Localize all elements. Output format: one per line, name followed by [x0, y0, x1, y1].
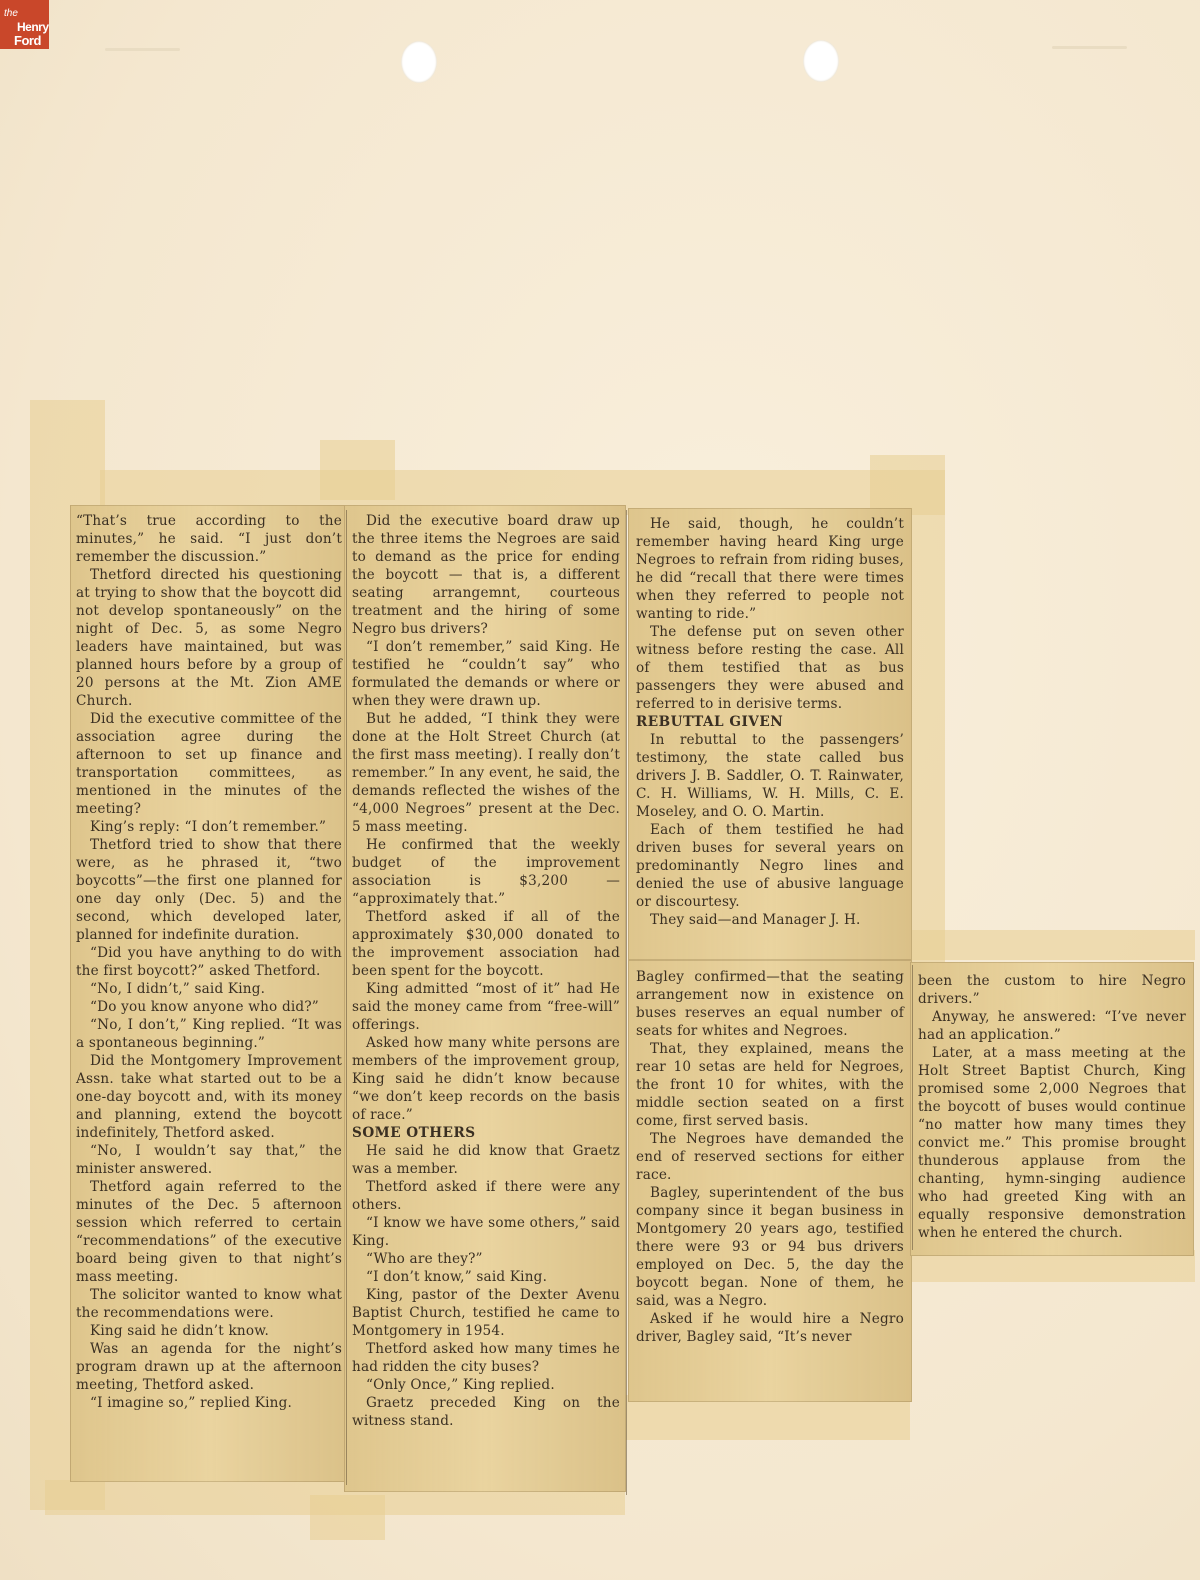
logo-text-henry: Henry	[17, 21, 49, 33]
paragraph: Thetford tried to show that there were, …	[76, 836, 342, 944]
paragraph: Asked if he would hire a Negro driver, B…	[636, 1310, 904, 1346]
logo-text-ford: Ford	[14, 34, 41, 47]
paragraph: Later, at a mass meeting at the Holt Str…	[918, 1044, 1186, 1242]
paragraph: been the custom to hire Negro drivers.”	[918, 972, 1186, 1008]
paragraph: “I imagine so,” replied King.	[76, 1394, 342, 1412]
article-column-2: Did the executive board draw up the thre…	[352, 512, 620, 1430]
column-rule-3	[912, 965, 913, 1250]
paragraph: “That’s true according to the minutes,” …	[76, 512, 342, 566]
logo-text-the: the	[4, 9, 18, 19]
paragraph: He said, though, he couldn’t remember ha…	[636, 515, 904, 623]
article-column-3: He said, though, he couldn’t remember ha…	[636, 515, 904, 929]
paragraph: Did the executive committee of the assoc…	[76, 710, 342, 818]
henry-ford-logo[interactable]: the Henry Ford	[0, 0, 49, 49]
column-rule-2	[626, 510, 627, 1495]
paragraph: King admitted “most of it” had He said t…	[352, 980, 620, 1034]
paragraph: Thetford asked if all of the approximate…	[352, 908, 620, 980]
paragraph: The solicitor wanted to know what the re…	[76, 1286, 342, 1322]
paragraph: “Did you have anything to do with the fi…	[76, 944, 342, 980]
article-column-5: been the custom to hire Negro drivers.” …	[918, 972, 1186, 1242]
paragraph: King’s reply: “I don’t remember.”	[76, 818, 342, 836]
subheading-some-others: SOME OTHERS	[352, 1124, 620, 1142]
paragraph: Anyway, he answered: “I’ve never had an …	[918, 1008, 1186, 1044]
paragraph: Asked how many white persons are members…	[352, 1034, 620, 1124]
tape-strip-far-right-top	[905, 930, 1195, 960]
paragraph: King said he didn’t know.	[76, 1322, 342, 1340]
paragraph: The Negroes have demanded the end of res…	[636, 1130, 904, 1184]
column-rule-1	[346, 510, 347, 1485]
paragraph: “I know we have some others,” said King.	[352, 1214, 620, 1250]
paragraph: “I don’t know,” said King.	[352, 1268, 620, 1286]
paragraph: But he added, “I think they were done at…	[352, 710, 620, 836]
paragraph: In rebuttal to the passengers’ testimony…	[636, 731, 904, 821]
punch-hole-left	[401, 41, 437, 83]
punch-hole-right	[803, 40, 839, 82]
paragraph: “No, I don’t,” King replied. “It was a s…	[76, 1016, 342, 1052]
paragraph: Thetford again referred to the minutes o…	[76, 1178, 342, 1286]
paragraph: “Who are they?”	[352, 1250, 620, 1268]
paragraph: Did the executive board draw up the thre…	[352, 512, 620, 638]
paragraph: Did the Montgomery Improvement Assn. tak…	[76, 1052, 342, 1142]
paragraph: The defense put on seven other witness b…	[636, 623, 904, 713]
tape-strip-bottom-tab	[310, 1495, 385, 1540]
paragraph: “I don’t remember,” said King. He testif…	[352, 638, 620, 710]
paragraph: He confirmed that the weekly budget of t…	[352, 836, 620, 908]
paragraph: “Only Once,” King replied.	[352, 1376, 620, 1394]
paragraph: “No, I wouldn’t say that,” the minister …	[76, 1142, 342, 1178]
paragraph: Bagley, superintendent of the bus compan…	[636, 1184, 904, 1310]
paragraph: Thetford directed his questioning at try…	[76, 566, 342, 710]
paragraph: Bagley confirmed—that the seating arrang…	[636, 968, 904, 1040]
paragraph: “Do you know anyone who did?”	[76, 998, 342, 1016]
article-column-4: Bagley confirmed—that the seating arrang…	[636, 968, 904, 1346]
paragraph: Was an agenda for the night’s program dr…	[76, 1340, 342, 1394]
paragraph: Each of them testified he had driven bus…	[636, 821, 904, 911]
paragraph: He said he did know that Graetz was a me…	[352, 1142, 620, 1178]
paragraph: That, they explained, means the rear 10 …	[636, 1040, 904, 1130]
paper-crease-right	[1052, 46, 1127, 49]
paragraph: Thetford asked if there were any others.	[352, 1178, 620, 1214]
article-column-1: “That’s true according to the minutes,” …	[76, 512, 342, 1412]
paper-crease-left	[105, 48, 180, 51]
paragraph: “No, I didn’t,” said King.	[76, 980, 342, 998]
paragraph: They said—and Manager J. H.	[636, 911, 904, 929]
paragraph: Thetford asked how many times he had rid…	[352, 1340, 620, 1376]
paragraph: Graetz preceded King on the witness stan…	[352, 1394, 620, 1430]
subheading-rebuttal-given: REBUTTAL GIVEN	[636, 713, 904, 731]
paragraph: King, pastor of the Dexter Avenu Baptist…	[352, 1286, 620, 1340]
